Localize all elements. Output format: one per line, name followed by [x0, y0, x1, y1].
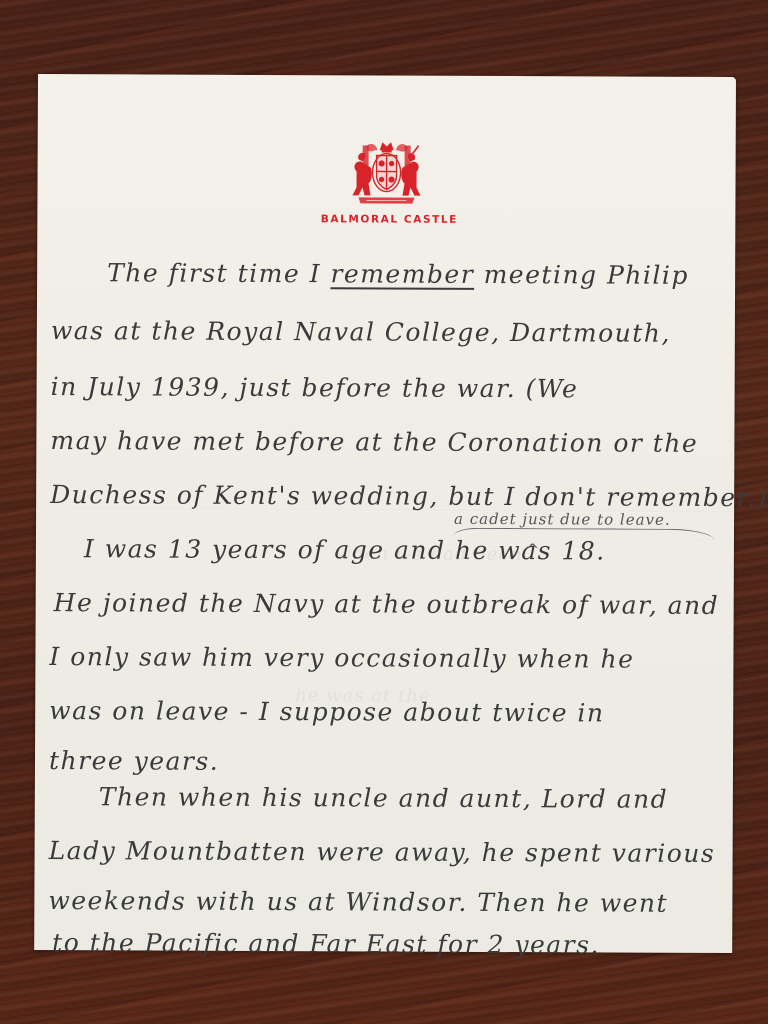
underlined-word: remember [330, 259, 474, 289]
letter-body: The first time I remember meeting Philip… [34, 74, 736, 953]
letter-line: three years. [49, 748, 219, 774]
letter-line: I only saw him very occasionally when he [49, 644, 634, 672]
insertion-caret-mark: ^ [526, 540, 541, 559]
line-text: The first time I [107, 258, 330, 288]
letter-line: was on leave - I suppose about twice in [49, 698, 604, 725]
line-text: meeting Philip [474, 260, 689, 290]
letter-line: to the Pacific and Far East for 2 years. [52, 930, 600, 957]
letter-line: Duchess of Kent's wedding, but I don't r… [50, 482, 768, 510]
letter-line: The first time I remember meeting Philip [107, 260, 689, 288]
letter-line: was at the Royal Naval College, Dartmout… [51, 318, 671, 346]
letter-sheet: BALMORAL CASTLE when we had been he was … [34, 74, 736, 953]
letter-line: Lady Mountbatten were away, he spent var… [49, 838, 716, 866]
interlinear-insertion: a cadet just due to leave. [454, 512, 671, 528]
letter-line: may have met before at the Coronation or… [50, 428, 698, 456]
letter-line: in July 1939, just before the war. (We [51, 374, 579, 401]
letter-line: He joined the Navy at the outbreak of wa… [54, 590, 720, 618]
letter-line: Then when his uncle and aunt, Lord and [99, 784, 668, 811]
letter-line: weekends with us at Windsor. Then he wen… [48, 888, 668, 916]
